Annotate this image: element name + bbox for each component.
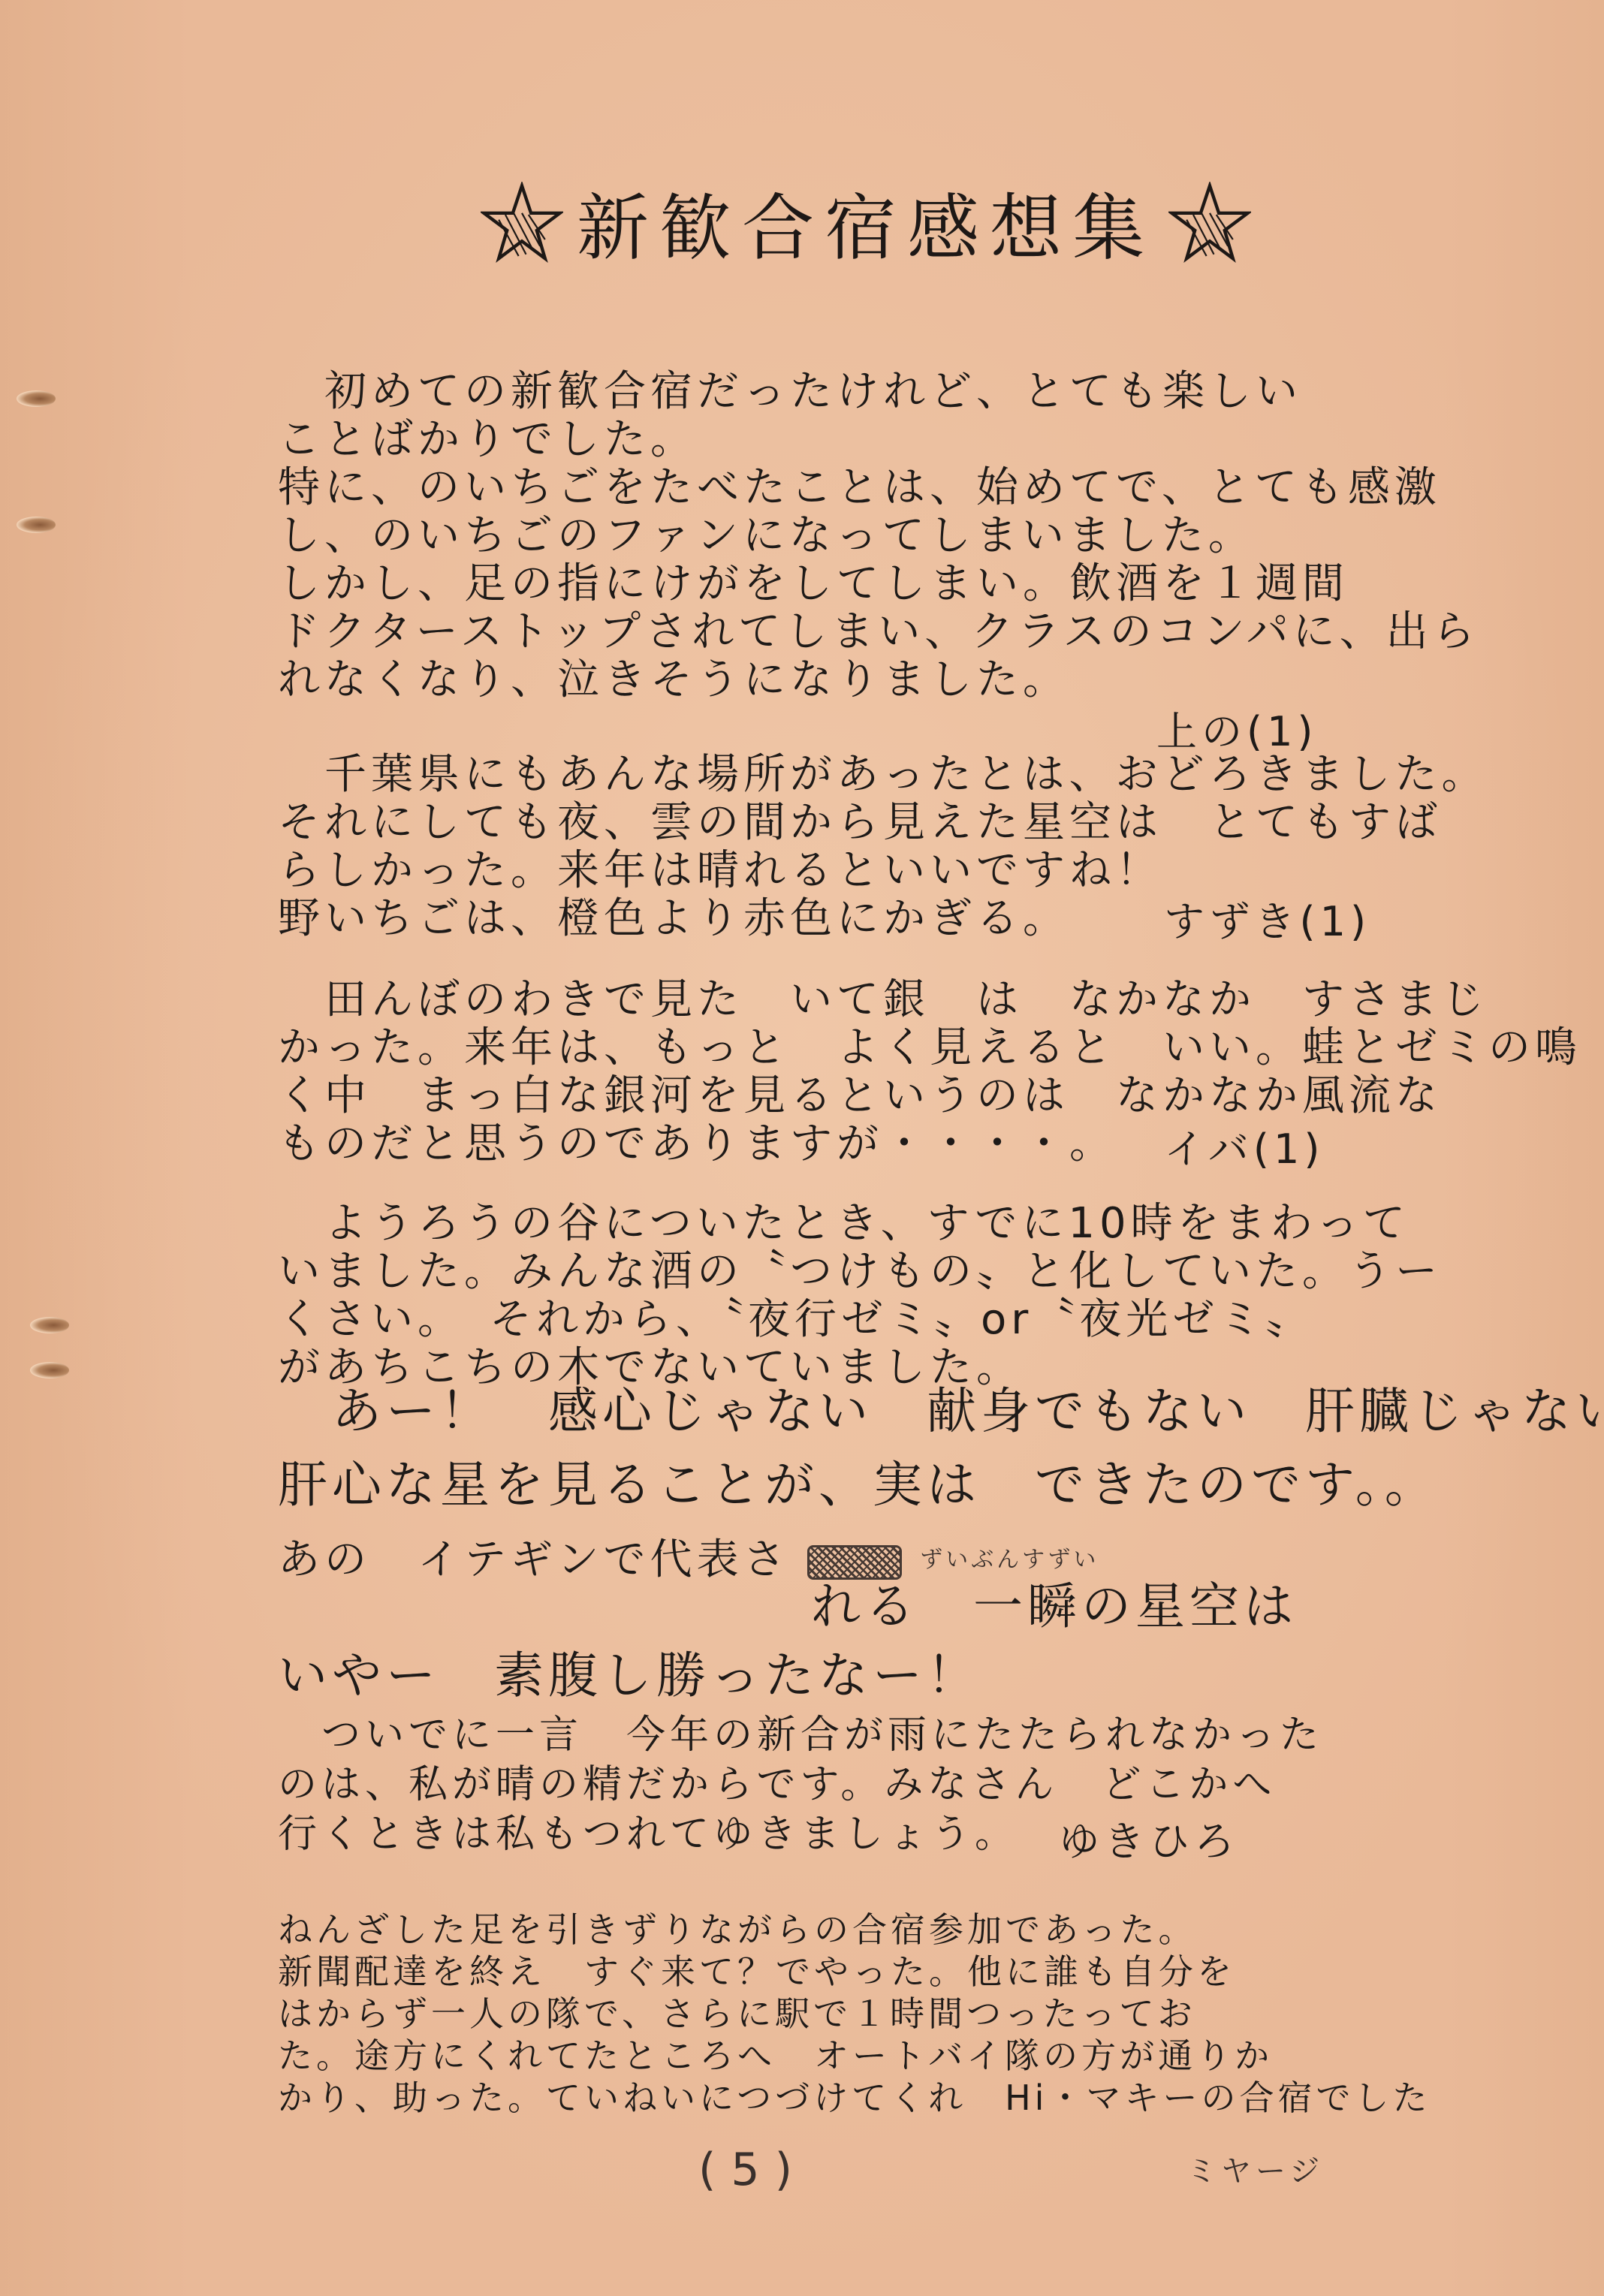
entry-line: 特に、のいちごをたべたことは、始めてで、とても感激: [278, 464, 1382, 512]
entry-line: らしかった。来年は晴れるといいですね！: [278, 847, 1382, 895]
entry-line: ねんざした足を引きずりながらの合宿参加であった。: [278, 1909, 1382, 1951]
entry-line: 初めての新歓合宿だったけれど、とても楽しい: [278, 368, 1382, 416]
margin-annotation: ずいぶんすずい: [920, 1547, 1099, 1573]
entry-4: ようろうの谷についたとき、すでに10時をまわって いました。みんな酒の〝つけもの…: [278, 1200, 1382, 1392]
entry-4-exclaim: あー！ 感心じゃない 献身でもない 肝臓じゃない!! 肝心な星を見ることが、実は…: [278, 1382, 1382, 1515]
crossed-out-text: [807, 1545, 902, 1580]
entry-line: 肝心な星を見ることが、実は できたのです。。: [278, 1455, 1382, 1515]
document-page: 新歓合宿感想集 初めての新歓合宿だったけれど、とても楽しい ことばかりでした。 …: [0, 0, 1604, 2296]
entry-line: し、のいちごのファンになってしまいました。: [278, 512, 1382, 560]
entry-4-starry-sky: れる 一瞬の星空は: [811, 1583, 1382, 1631]
entry-1: 初めての新歓合宿だったけれど、とても楽しい ことばかりでした。 特に、のいちごを…: [278, 368, 1382, 704]
entry-line: れる 一瞬の星空は: [811, 1577, 1298, 1635]
star-icon: [481, 182, 563, 264]
entry-line: ことばかりでした。: [278, 416, 1382, 464]
entry-line: はからず一人の隊で、さらに駅で１時間つったってお: [278, 1993, 1382, 2035]
entry-line: れなくなり、泣きそうになりました。: [278, 656, 1382, 704]
entry-line: た。途方にくれてたところへ オートバイ隊の方が通りか: [278, 2035, 1382, 2077]
author-signature: すずき(1): [1164, 890, 1370, 948]
entry-line: それにしても夜、雲の間から見えた星空は とてもすば: [278, 799, 1382, 847]
entry-line: いました。みんな酒の〝つけもの〟と化していた。うー: [278, 1248, 1382, 1296]
staple-hole: [30, 1362, 69, 1379]
author-signature: ミヤージ: [1186, 2147, 1324, 2190]
entry-line: あー！ 感心じゃない 献身でもない 肝臓じゃない!!: [278, 1382, 1382, 1442]
author-signature: 上の(1): [1156, 700, 1318, 758]
star-icon: [1168, 182, 1251, 264]
entry-line: かった。来年は、もっと よく見えると いい。蛙とゼミの鳴: [278, 1024, 1382, 1072]
staple-hole: [17, 390, 56, 407]
staple-hole: [30, 1317, 69, 1333]
entry-line: ついでに一言 今年の新合が雨にたたられなかった: [278, 1710, 1382, 1760]
entry-line: しかし、足の指にけがをしてしまい。飲酒を１週間: [278, 560, 1382, 608]
entry-4-victory: いやー 素腹し勝ったなー！: [278, 1652, 1382, 1700]
entry-line: ドクターストップされてしまい、クラスのコンパに、出ら: [278, 608, 1382, 656]
entry-5: ねんざした足を引きずりながらの合宿参加であった。 新聞配達を終え すぐ来て？でや…: [278, 1909, 1382, 2119]
author-signature: イバ(1): [1164, 1117, 1324, 1175]
entry-line: 新聞配達を終え すぐ来て？でやった。他に誰も自分を: [278, 1951, 1382, 1993]
page-title: 新歓合宿感想集: [481, 171, 1251, 274]
entry-line: くさい。 それから、〝夜行ゼミ〟or〝夜光ゼミ〟: [278, 1296, 1382, 1344]
entry-line: く中 まっ白な銀河を見るというのは なかなか風流な: [278, 1072, 1382, 1120]
entry-line: いやー 素腹し勝ったなー！: [278, 1647, 981, 1704]
title-text: 新歓合宿感想集: [577, 171, 1155, 274]
entry-line: 田んぼのわきで見た いて銀 は なかなか すさまじ: [278, 976, 1382, 1024]
entry-line: ようろうの谷についたとき、すでに10時をまわって: [278, 1200, 1382, 1248]
entry-line: あの イテギンで代表さ: [278, 1535, 789, 1584]
entry-line: のは、私が晴の精だからです。みなさん どこかへ: [278, 1760, 1382, 1809]
author-signature: ゆきひろ: [1059, 1809, 1239, 1867]
entry-line: かり、助った。ていねいにつづけてくれ Hi・マキーの合宿でした: [278, 2077, 1382, 2119]
entry-line: 千葉県にもあんな場所があったとは、おどろきました。: [278, 751, 1382, 799]
staple-hole: [17, 517, 56, 533]
page-number: (5): [698, 2144, 807, 2196]
